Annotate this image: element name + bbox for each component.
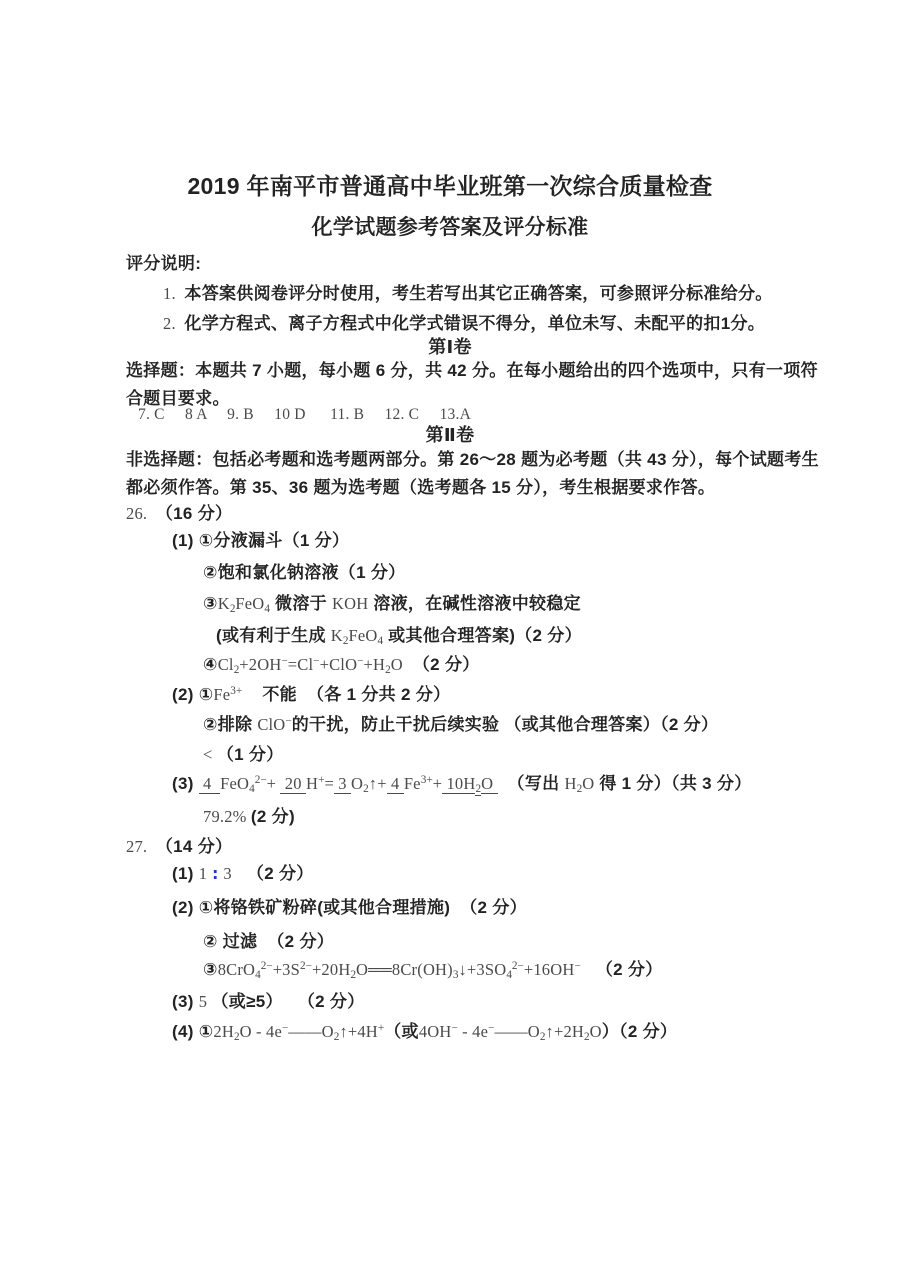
q26-1-answer-4-text: +2OH	[239, 655, 281, 674]
q26-1-answer-1: (1) ①分液漏斗（1 分）	[172, 530, 349, 552]
q26-1-answer-3-text: FeO	[235, 594, 264, 613]
q27-4-answer-text: （或	[384, 1022, 419, 1041]
q26-3-equation-text: FeO	[220, 774, 249, 793]
q26-1-answer-3b-text: 或其他合理答案)（2 分）	[383, 626, 582, 645]
q26-3-percentage-text: 79.2%	[203, 807, 251, 826]
q26-1-answer-4-text: Cl	[218, 655, 234, 674]
q27-2-answer-3-text: ══	[368, 960, 392, 979]
q26-3-equation-text: （写出	[498, 774, 565, 793]
title-line-1-text: 2019 年南平市普通高中毕业班第一次综合质量检查	[187, 173, 712, 199]
q27-header-text: 27.	[126, 837, 156, 856]
q27-4-answer-text: ↑+2H	[546, 1022, 585, 1041]
frq-instructions-line2: 都必须作答。第 35、36 题为选考题（选考题各 15 分），考生根据要求作答。	[126, 477, 715, 499]
q27-1-answer-text: 3	[223, 864, 231, 883]
scoring-note-2-text: 2.	[163, 314, 184, 333]
q26-1-answer-4-text: =Cl	[288, 655, 313, 674]
q27-2-answer-3-text: +16OH	[524, 960, 575, 979]
q27-2-answer-3-text: 2−	[300, 960, 312, 972]
q26-1-answer-3b-text: K	[331, 626, 343, 645]
q27-1-answer-text: （2 分）	[232, 864, 314, 883]
q27-2-answer-3-text: +3S	[273, 960, 300, 979]
q26-3-equation-text: H	[306, 774, 318, 793]
q26-1-answer-3: ③K2FeO4 微溶于 KOH 溶液，在碱性溶液中较稳定	[203, 593, 581, 616]
part2-heading-text: 第Ⅱ卷	[426, 425, 475, 445]
scoring-note-2: 2. 化学方程式、离子方程式中化学式错误不得分，单位未写、未配平的扣1分。	[163, 313, 765, 335]
q27-2-answer-3: ③8CrO42−+3S2−+20H2O══8Cr(OH)3↓+3SO42−+16…	[203, 959, 663, 983]
q26-2-answer-3-text: <	[203, 745, 217, 764]
q27-2-answer-3-text: （2 分）	[581, 960, 663, 979]
mcq-instructions-line1: 选择题：本题共 7 小题，每小题 6 分，共 42 分。在每小题给出的四个选项中…	[126, 360, 818, 382]
q27-2-answer-3-text: +20H	[312, 960, 351, 979]
q27-2-answer-3-text: 8Cr(OH)	[392, 960, 453, 979]
q26-1-answer-4-text: +ClO	[320, 655, 358, 674]
q26-3-percentage: 79.2% (2 分)	[203, 806, 295, 828]
q26-3-equation-text: 4	[387, 774, 404, 794]
q26-1-answer-4-text: （2 分）	[403, 655, 480, 674]
q26-1-answer-4-text: O	[391, 655, 403, 674]
q26-2-answer-2-text: ClO	[257, 715, 285, 734]
q26-header: 26. （16 分）	[126, 503, 232, 525]
q26-2-answer-3: < （1 分）	[203, 744, 284, 766]
q27-4-answer-text: ）（2 分）	[602, 1022, 677, 1041]
q26-1-answer-3-text: K	[218, 594, 230, 613]
q26-header-text: （16 分）	[156, 504, 232, 523]
title-line-1: 2019 年南平市普通高中毕业班第一次综合质量检查	[0, 172, 900, 202]
title-line-2: 化学试题参考答案及评分标准	[0, 214, 900, 241]
q26-3-equation-text: Fe	[404, 774, 421, 793]
part1-heading: 第Ⅰ卷	[0, 336, 900, 359]
q26-1-answer-4: ④Cl2+2OH−=Cl−+ClO−+H2O （2 分）	[203, 654, 480, 678]
part1-heading-text: 第Ⅰ卷	[428, 337, 472, 357]
q27-1-answer: (1) 1:3 （2 分）	[172, 863, 314, 885]
q27-2-answer-3-text: 2−	[512, 960, 524, 972]
q27-3-answer-text: 5	[199, 992, 212, 1011]
q27-2-answer-1: (2) ①将铬铁矿粉碎(或其他合理措施) （2 分）	[172, 897, 527, 919]
q26-1-answer-3-text: 微溶于	[270, 594, 332, 613]
q26-1-answer-4-text: +H	[364, 655, 386, 674]
scoring-note-1-text: 1.	[163, 284, 184, 303]
q27-1-answer-text: :	[210, 864, 220, 884]
q27-1-answer-text: 1	[199, 864, 207, 883]
q27-header: 27. （14 分）	[126, 836, 232, 858]
q26-3-equation-text: (3)	[172, 774, 199, 793]
q26-2-answer-3-text: （1 分）	[217, 745, 284, 764]
q26-1-answer-3b-text: (或有利于生成	[216, 626, 331, 645]
q26-1-answer-3-text: KOH	[332, 594, 368, 613]
q27-4-answer-text: - 4e	[458, 1022, 488, 1041]
scoring-note-1: 1. 本答案供阅卷评分时使用，考生若写出其它正确答案，可参照评分标准给分。	[163, 283, 773, 305]
q27-3-answer: (3) 5 （或≥5） （2 分）	[172, 991, 365, 1013]
q26-3-equation-text: =	[324, 774, 334, 793]
q26-1-answer-4-text: ④	[203, 655, 218, 674]
q26-2-answer-1-text: 3+	[230, 685, 242, 697]
q26-3-equation-text: +	[433, 774, 443, 793]
q26-3-equation-text: 3+	[421, 774, 433, 786]
q27-2-answer-3-text: 8CrO	[218, 960, 255, 979]
frq-instructions-line1-text: 非选择题：包括必考题和选考题两部分。第 26～28 题为必考题（共 43 分），…	[126, 450, 819, 469]
q27-3-answer-text: （或≥5） （2 分）	[211, 992, 364, 1011]
q27-4-answer-text: ↑+4H	[339, 1022, 378, 1041]
q26-3-equation-text: 得 1 分）（共 3 分）	[594, 774, 751, 793]
q27-4-answer-text: ——O	[494, 1022, 539, 1041]
q27-1-answer-text: (1)	[172, 864, 199, 883]
q26-3-equation-text: H	[564, 774, 576, 793]
q26-2-answer-2-text: ②排除	[203, 715, 257, 734]
title-line-2-text: 化学试题参考答案及评分标准	[312, 216, 589, 239]
q26-3-percentage-text: (2 分)	[251, 807, 295, 826]
q27-3-answer-text: (3)	[172, 992, 199, 1011]
frq-instructions-line2-text: 都必须作答。第 35、36 题为选考题（选考题各 15 分），考生根据要求作答。	[126, 478, 715, 497]
scoring-note-2-text: 化学方程式、离子方程式中化学式错误不得分，单位未写、未配平的扣1分。	[184, 314, 765, 333]
q26-1-answer-3b: (或有利于生成 K2FeO4 或其他合理答案)（2 分）	[216, 625, 582, 648]
q26-3-equation: (3) 4 FeO42−+ 20 H+= 3 O2↑+ 4 Fe3++ 10H2…	[172, 773, 752, 797]
mcq-instructions-line1-text: 选择题：本题共 7 小题，每小题 6 分，共 42 分。在每小题给出的四个选项中…	[126, 361, 818, 380]
q27-4-answer-text: O - 4e	[240, 1022, 282, 1041]
q26-3-equation-text: O	[351, 774, 363, 793]
q26-3-equation-text: 4	[199, 774, 220, 794]
q27-2-answer-3-text: 2−	[261, 960, 273, 972]
q26-1-answer-1-text: (1) ①分液漏斗（1 分）	[172, 531, 349, 550]
q26-3-equation-text: 2−	[255, 774, 267, 786]
q27-2-answer-3-text: ③	[203, 960, 218, 979]
q26-1-answer-2-text: ②饱和氯化钠溶液（1 分）	[203, 563, 405, 582]
q27-2-answer-3-text: ↓+3SO	[458, 960, 506, 979]
q26-1-answer-2: ②饱和氯化钠溶液（1 分）	[203, 562, 405, 584]
mcq-answers: 7. C 8 A 9. B 10 D 11. B 12. C 13.A	[138, 405, 471, 426]
q26-2-answer-1: (2) ①Fe3+ 不能 （各 1 分共 2 分）	[172, 684, 450, 706]
q26-2-answer-1-text: (2) ①	[172, 685, 213, 704]
q27-2-answer-2: ② 过滤 （2 分）	[203, 931, 334, 953]
q26-1-answer-3-text: ③	[203, 594, 218, 613]
q26-3-equation-text: O	[481, 774, 497, 794]
scoring-notes-heading-text: 评分说明:	[126, 254, 201, 273]
q26-3-equation-text: 3	[334, 774, 351, 794]
q26-3-equation-text: 20	[280, 774, 306, 794]
q26-2-answer-2-text: 的干扰，防止干扰后续实验 （或其他合理答案）（2 分）	[292, 715, 719, 734]
scoring-notes-heading: 评分说明:	[126, 253, 201, 275]
part2-heading: 第Ⅱ卷	[0, 424, 900, 447]
q26-3-equation-text: +	[267, 774, 281, 793]
q26-1-answer-3-text: 溶液，在碱性溶液中较稳定	[368, 594, 581, 613]
q27-2-answer-2-text: ② 过滤 （2 分）	[203, 932, 334, 951]
q26-1-answer-3b-text: FeO	[349, 626, 378, 645]
q27-2-answer-1-text: (2) ①将铬铁矿粉碎(或其他合理措施) （2 分）	[172, 898, 527, 917]
document-page: 2019 年南平市普通高中毕业班第一次综合质量检查化学试题参考答案及评分标准评分…	[0, 0, 900, 1272]
mcq-answers-text: 7. C 8 A 9. B 10 D 11. B 12. C 13.A	[138, 406, 471, 423]
q26-3-equation-text: O	[582, 774, 594, 793]
q26-header-text: 26.	[126, 504, 156, 523]
q27-4-answer-text: ——O	[288, 1022, 333, 1041]
q26-2-answer-2: ②排除 ClO−的干扰，防止干扰后续实验 （或其他合理答案）（2 分）	[203, 714, 718, 736]
scoring-note-1-text: 本答案供阅卷评分时使用，考生若写出其它正确答案，可参照评分标准给分。	[184, 284, 772, 303]
q27-4-answer-text: O	[590, 1022, 602, 1041]
q27-4-answer-text: 4OH	[419, 1022, 452, 1041]
q27-header-text: （14 分）	[156, 837, 232, 856]
q27-4-answer: (4) ①2H2O - 4e−——O2↑+4H+（或4OH− - 4e−——O2…	[172, 1021, 677, 1045]
frq-instructions-line1: 非选择题：包括必考题和选考题两部分。第 26～28 题为必考题（共 43 分），…	[126, 449, 819, 471]
q26-2-answer-1-text: 不能 （各 1 分共 2 分）	[242, 685, 450, 704]
q27-2-answer-3-text: O	[356, 960, 368, 979]
q26-3-equation-text: 10H	[442, 774, 475, 794]
q27-4-answer-text: 2H	[213, 1022, 234, 1041]
q26-3-equation-text: ↑+	[369, 774, 387, 793]
q27-4-answer-text: (4) ①	[172, 1022, 213, 1041]
q26-2-answer-1-text: Fe	[213, 685, 230, 704]
